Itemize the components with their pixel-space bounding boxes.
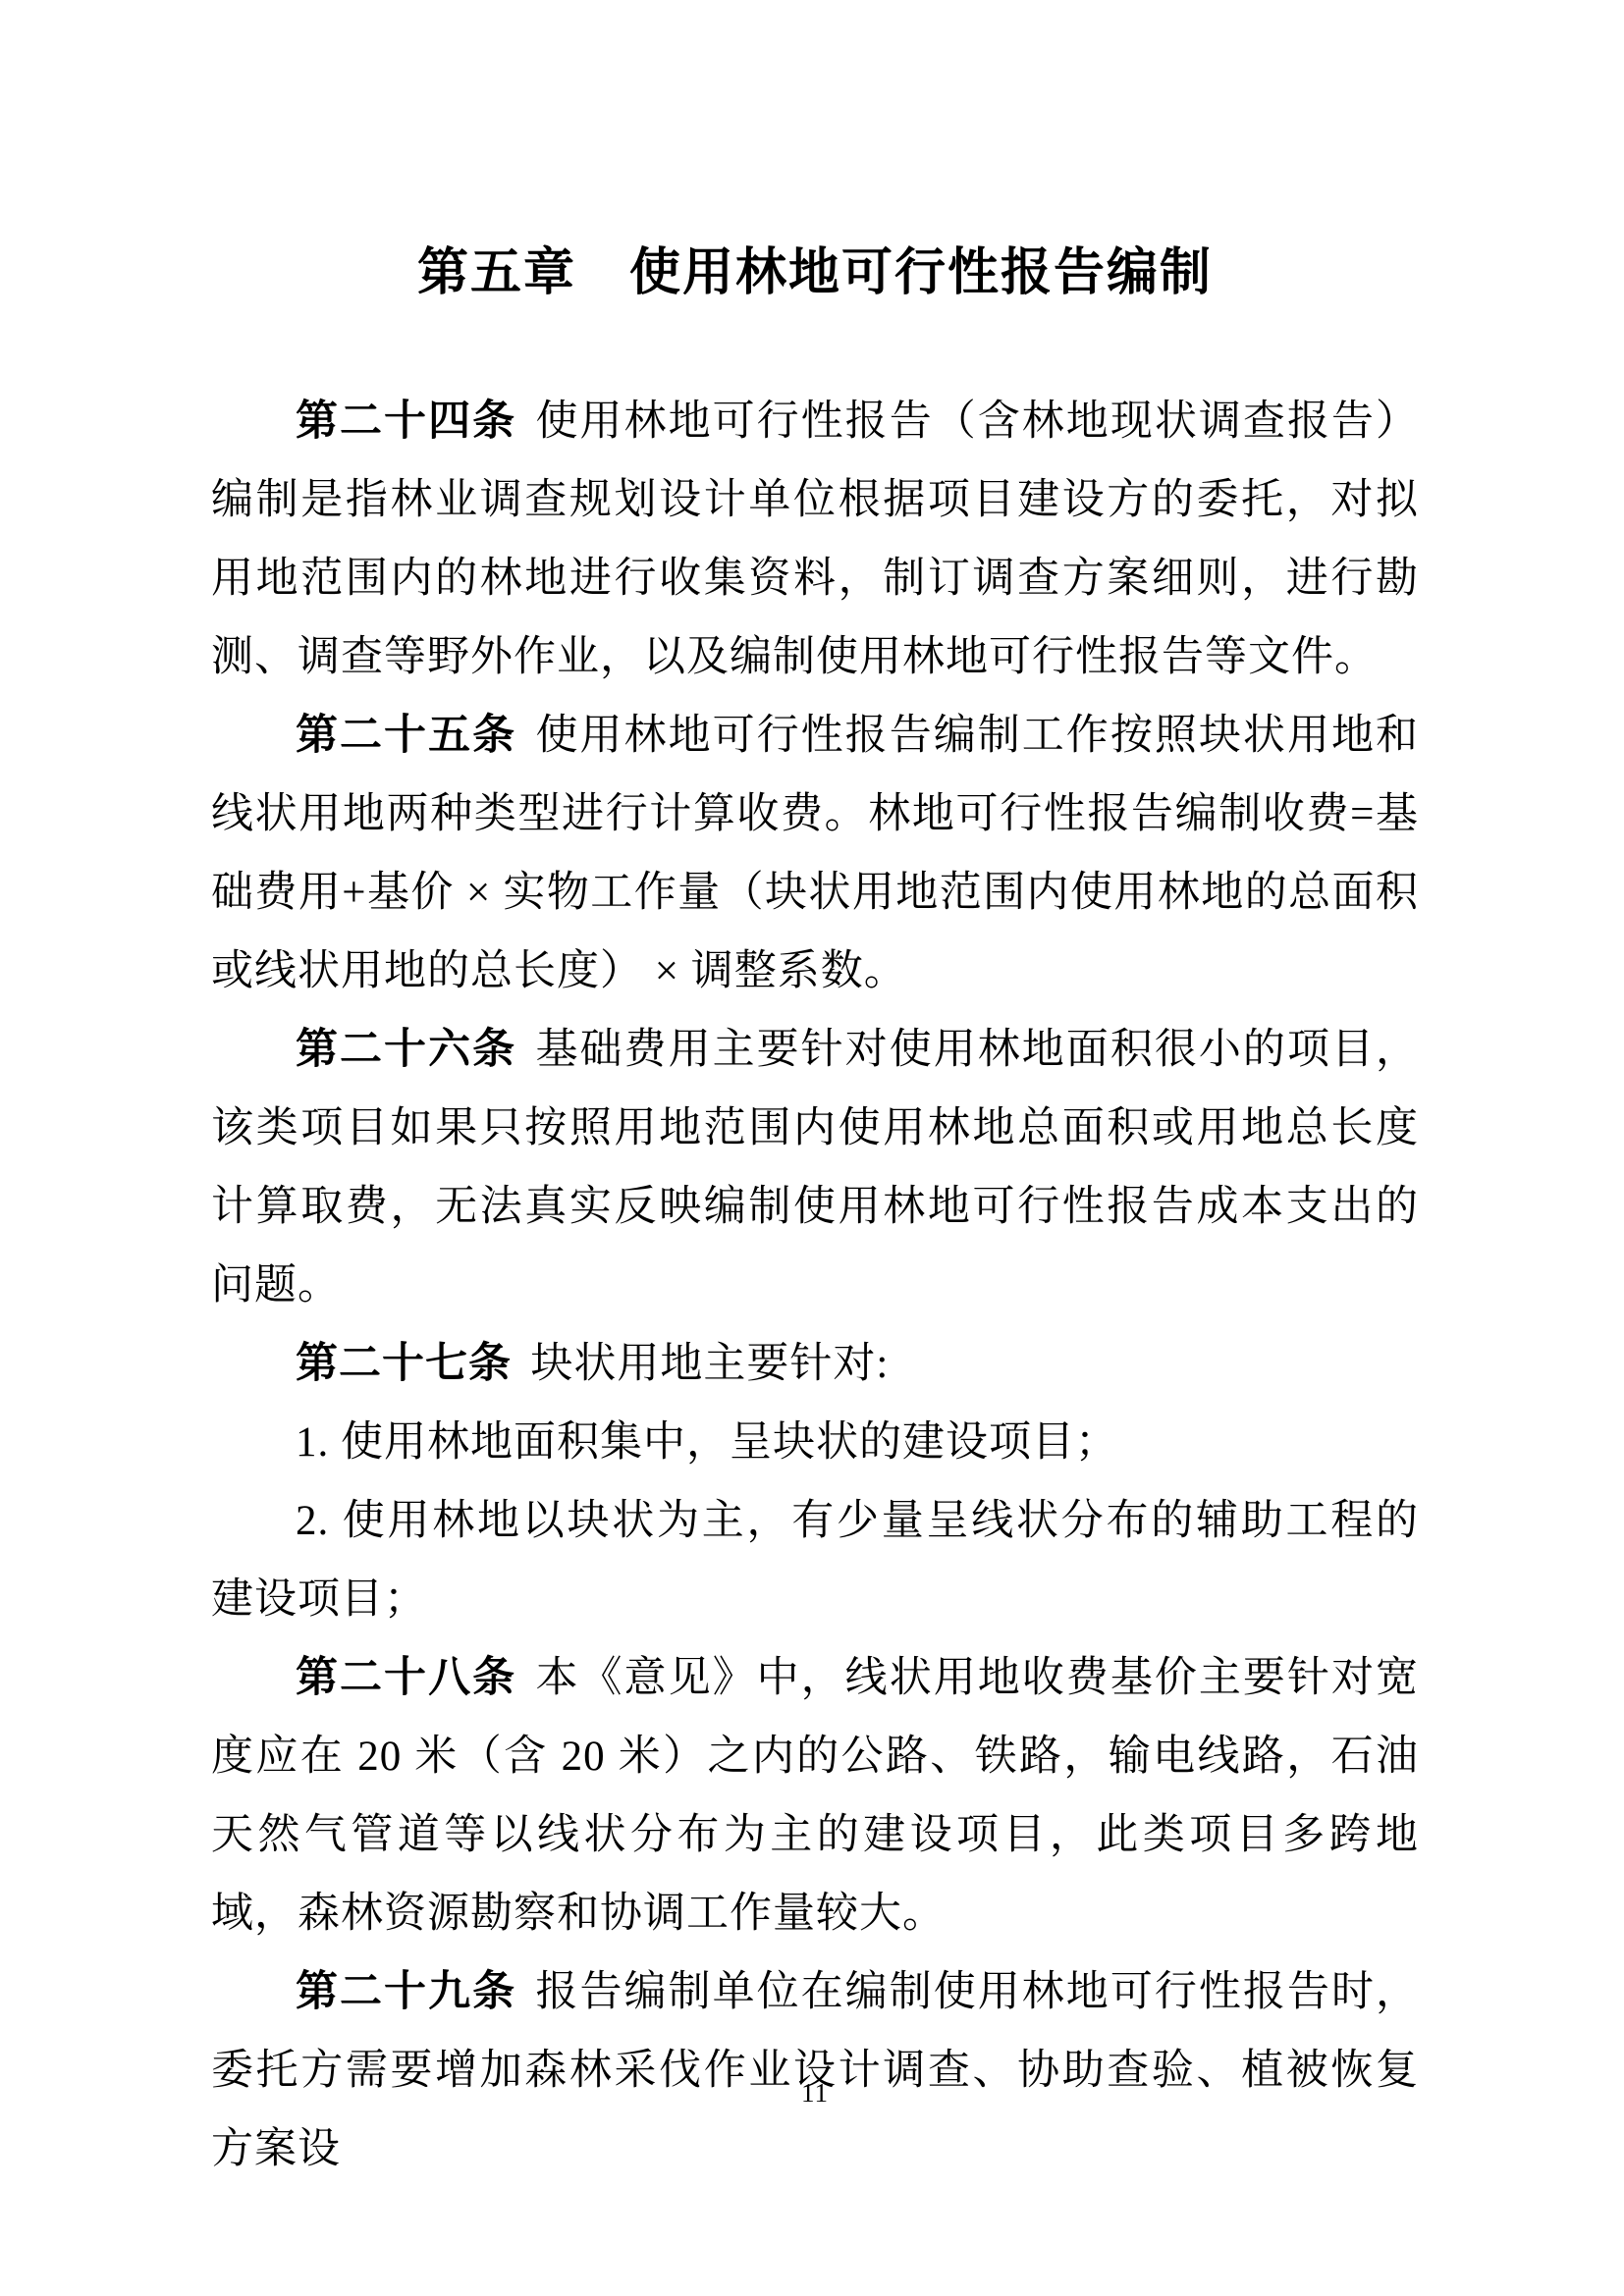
chapter-title: 第五章 使用林地可行性报告编制	[211, 243, 1419, 304]
paragraphs: 第二十四条使用林地可行性报告（含林地现状调查报告）编制是指林业调查规划设计单位根…	[211, 383, 1419, 2189]
article-label: 第二十八条	[296, 1655, 516, 1701]
article-label: 第二十七条	[296, 1341, 512, 1387]
article-label: 第二十五条	[296, 713, 516, 759]
paragraph: 第二十七条块状用地主要针对:	[211, 1325, 1419, 1404]
paragraph: 第二十八条本《意见》中，线状用地收费基价主要针对宽度应在 20 米（含 20 米…	[211, 1639, 1419, 1953]
paragraph: 第二十六条基础费用主要针对使用林地面积很小的项目，该类项目如果只按照用地范围内使…	[211, 1011, 1419, 1325]
page-number: 11	[211, 2077, 1419, 2109]
paragraph: 1. 使用林地面积集中，呈块状的建设项目；	[211, 1404, 1419, 1482]
paragraph: 第二十九条报告编制单位在编制使用林地可行性报告时，委托方需要增加森林采伐作业设计…	[211, 1953, 1419, 2189]
article-label: 第二十四条	[296, 399, 516, 445]
article-label: 第二十九条	[296, 1969, 516, 2015]
paragraph-text: 块状用地主要针对:	[530, 1341, 889, 1387]
article-label: 第二十六条	[296, 1027, 516, 1073]
paragraph: 第二十五条使用林地可行性报告编制工作按照块状用地和线状用地两种类型进行计算收费。…	[211, 697, 1419, 1011]
paragraph-text: 1. 使用林地面积集中，呈块状的建设项目；	[296, 1419, 1118, 1466]
paragraph: 2. 使用林地以块状为主，有少量呈线状分布的辅助工程的建设项目；	[211, 1482, 1419, 1639]
document-page: 第五章 使用林地可行性报告编制 第二十四条使用林地可行性报告（含林地现状调查报告…	[0, 0, 1624, 2296]
paragraph-text: 2. 使用林地以块状为主，有少量呈线状分布的辅助工程的建设项目；	[211, 1498, 1419, 1623]
paragraph: 第二十四条使用林地可行性报告（含林地现状调查报告）编制是指林业调查规划设计单位根…	[211, 383, 1419, 697]
